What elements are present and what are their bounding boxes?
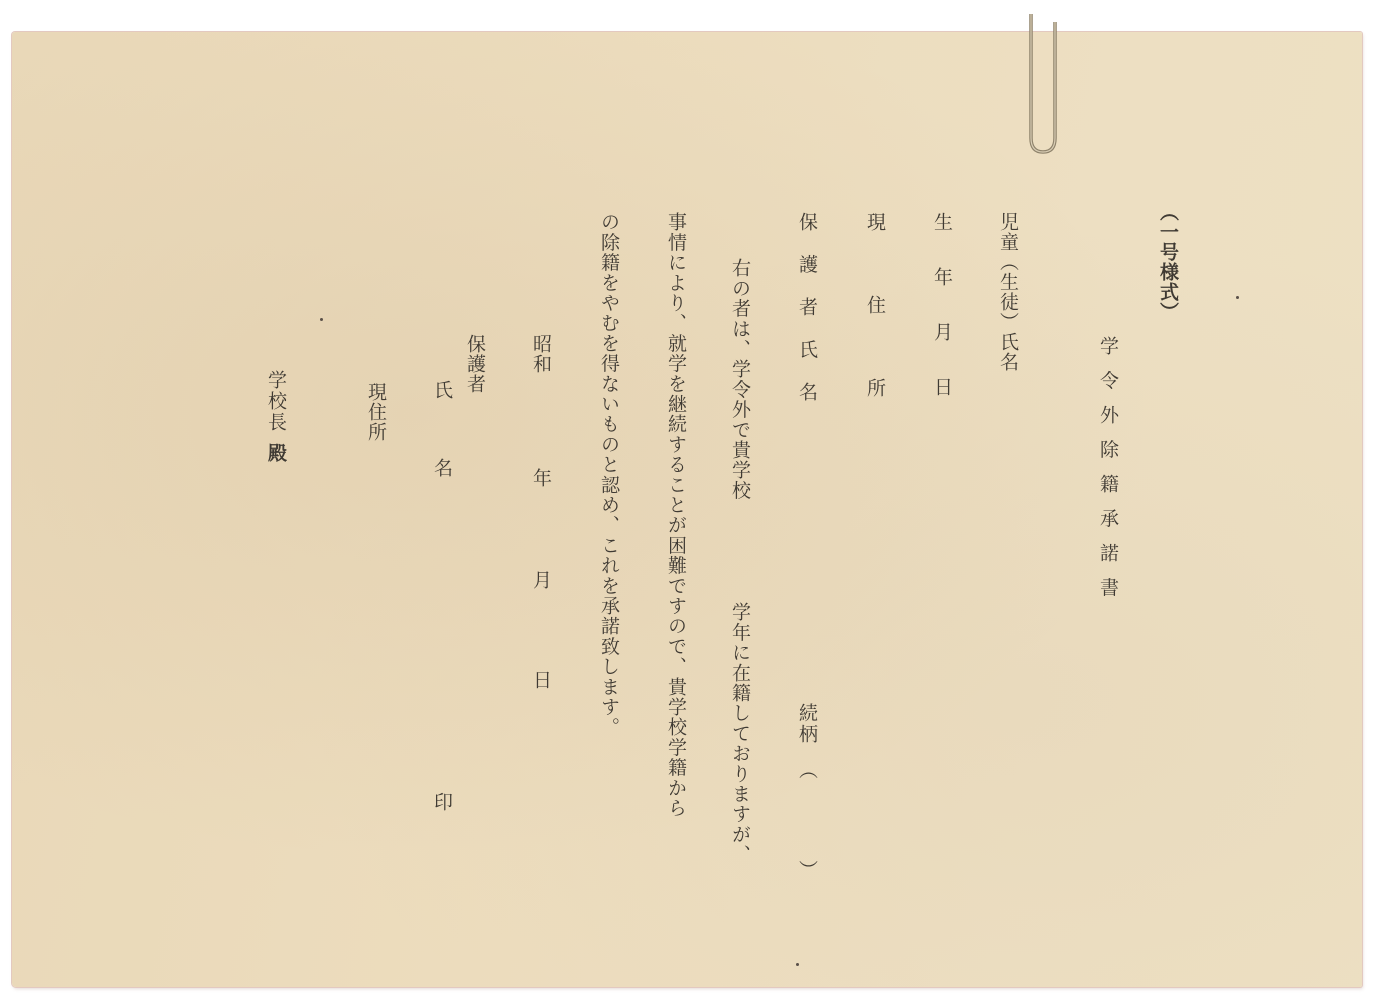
speck <box>1236 296 1239 299</box>
body-line-3: の除籍をやむを得ないものと認め、これを承諾致します。 <box>599 212 618 737</box>
addressee-principal: 学校長 <box>266 370 285 433</box>
signature-guardian-label: 保護者 <box>465 334 484 394</box>
field-guardian-name: 保護者氏名 <box>797 212 816 425</box>
date-era: 昭和 <box>531 334 550 374</box>
date-month-label: 月 <box>531 570 550 589</box>
paper-clip-icon <box>1025 14 1061 156</box>
speck <box>320 318 323 321</box>
relationship-paren-open: （ <box>797 760 816 779</box>
signature-seal: 印 <box>432 792 451 811</box>
document-sheet <box>12 32 1362 987</box>
signature-name-label-2: 名 <box>432 458 451 477</box>
body-line-1b: 学年に在籍しておりますが、 <box>730 602 749 865</box>
field-address: 現住所 <box>865 212 884 461</box>
relationship-paren-close: ） <box>797 860 816 879</box>
speck <box>796 963 799 966</box>
addressee-honorific: 殿 <box>266 443 285 462</box>
form-number: （一号様式） <box>1158 202 1177 322</box>
body-line-2: 事情により、就学を継続することが困難ですので、貴学校学籍から <box>666 212 685 818</box>
field-student-name: 児童（生徒）氏名 <box>998 212 1017 372</box>
body-line-1a: 右の者は、学令外で貴学校 <box>730 258 749 500</box>
signature-name-label-1: 氏 <box>432 380 451 399</box>
document-title: 学令外除籍承諾書 <box>1098 336 1117 612</box>
field-relationship: 続柄 <box>797 703 816 745</box>
date-day-label: 日 <box>531 670 550 689</box>
signature-address-label: 現住所 <box>366 382 385 442</box>
date-year-label: 年 <box>531 468 550 487</box>
field-birth-date: 生年月日 <box>932 212 951 432</box>
